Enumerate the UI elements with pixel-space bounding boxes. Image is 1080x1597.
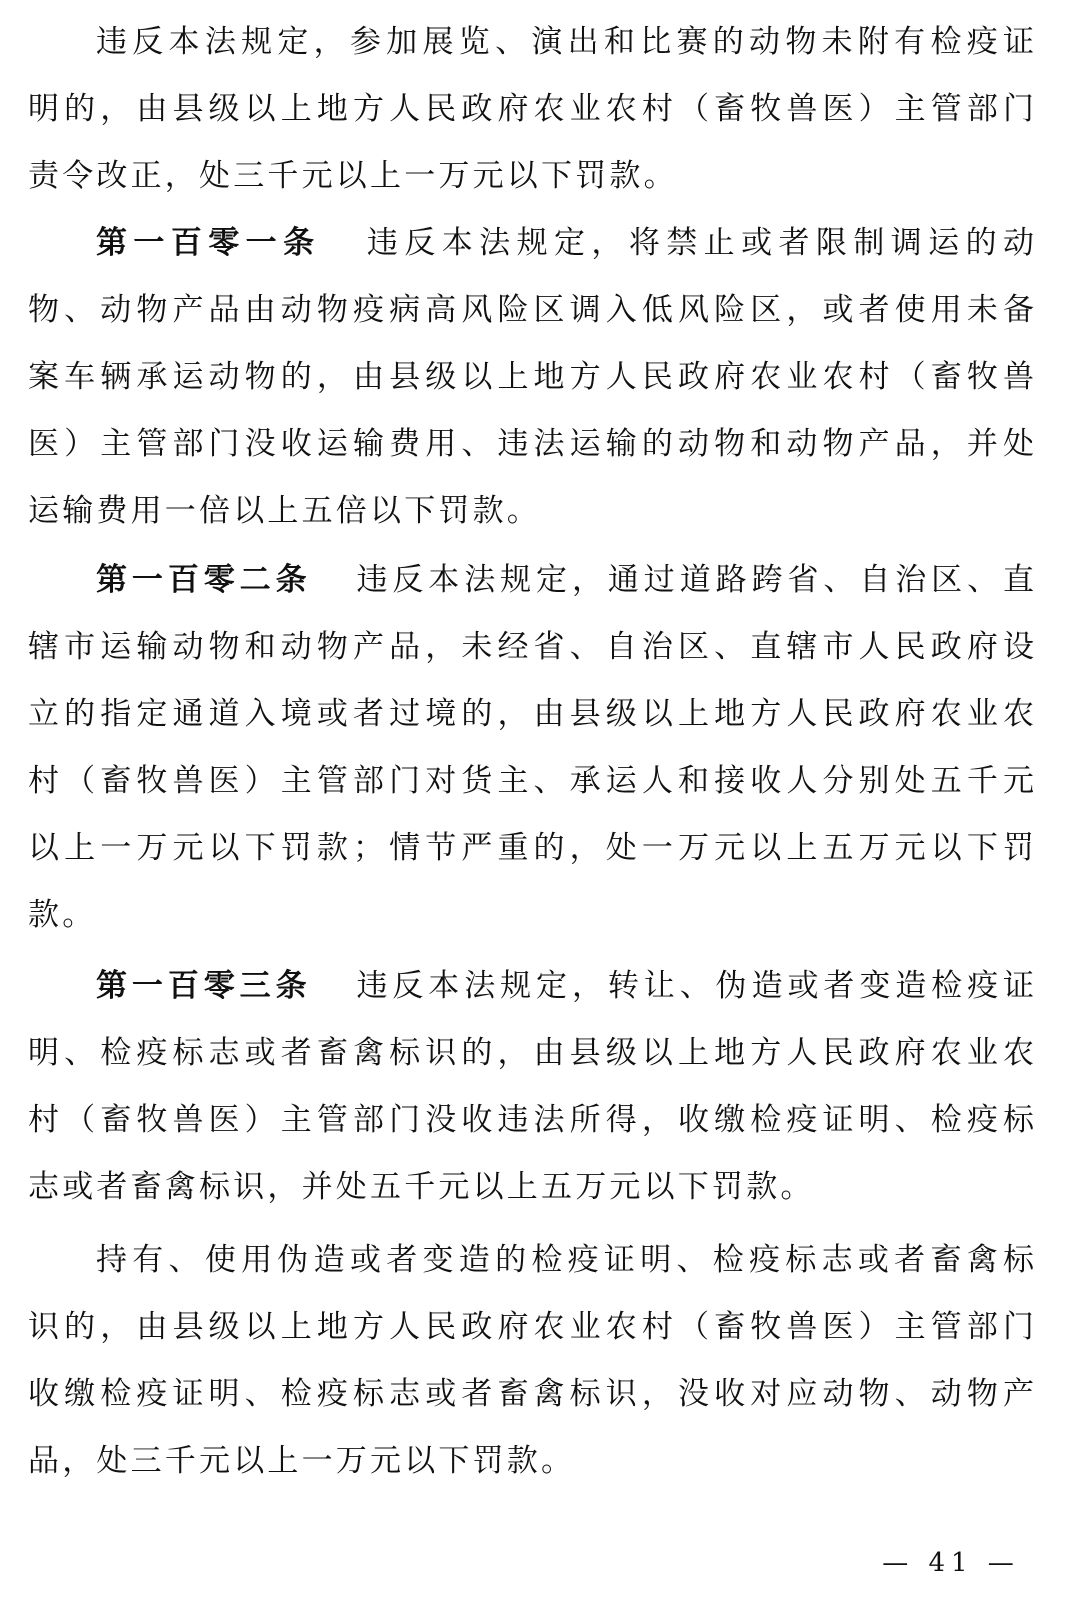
paragraph-line: 识的，由县级以上地方人民政府农业农村（畜牧兽医）主管部门 bbox=[28, 1307, 1034, 1347]
article-text: 违反本法规定，转让、伪造或者变造检疫证 bbox=[352, 968, 1034, 1004]
paragraph-line: 持有、使用伪造或者变造的检疫证明、检疫标志或者畜禽标 bbox=[96, 1240, 1034, 1280]
paragraph-line: 村（畜牧兽医）主管部门没收违法所得，收缴检疫证明、检疫标 bbox=[28, 1100, 1034, 1140]
paragraph-line: 收缴检疫证明、检疫标志或者畜禽标识，没收对应动物、动物产 bbox=[28, 1374, 1034, 1414]
article-heading: 第一百零二条 bbox=[96, 562, 312, 598]
paragraph-line: 辖市运输动物和动物产品，未经省、自治区、直辖市人民政府设 bbox=[28, 627, 1034, 667]
paragraph-line: 违反本法规定，参加展览、演出和比赛的动物未附有检疫证 bbox=[96, 22, 1034, 62]
article-103-first-line: 第一百零三条违反本法规定，转让、伪造或者变造检疫证 bbox=[96, 966, 1034, 1006]
article-heading: 第一百零三条 bbox=[96, 968, 312, 1004]
paragraph-line: 品，处三千元以上一万元以下罚款。 bbox=[28, 1441, 1034, 1481]
paragraph-line: 运输费用一倍以上五倍以下罚款。 bbox=[28, 491, 1034, 531]
paragraph-line: 村（畜牧兽医）主管部门对货主、承运人和接收人分别处五千元 bbox=[28, 761, 1034, 801]
paragraph-line: 以上一万元以下罚款；情节严重的，处一万元以上五万元以下罚 bbox=[28, 828, 1034, 868]
paragraph-line: 款。 bbox=[28, 895, 1034, 935]
document-page: 违反本法规定，参加展览、演出和比赛的动物未附有检疫证 明的，由县级以上地方人民政… bbox=[0, 0, 1080, 1597]
page-number: — 41 — bbox=[876, 1546, 1026, 1580]
paragraph-line: 物、动物产品由动物疫病高风险区调入低风险区，或者使用未备 bbox=[28, 290, 1034, 330]
paragraph-line: 志或者畜禽标识，并处五千元以上五万元以下罚款。 bbox=[28, 1167, 1034, 1207]
paragraph-line: 明、检疫标志或者畜禽标识的，由县级以上地方人民政府农业农 bbox=[28, 1033, 1034, 1073]
article-102-first-line: 第一百零二条违反本法规定，通过道路跨省、自治区、直 bbox=[96, 560, 1034, 600]
article-heading: 第一百零一条 bbox=[96, 225, 321, 261]
paragraph-line: 立的指定通道入境或者过境的，由县级以上地方人民政府农业农 bbox=[28, 694, 1034, 734]
paragraph-line: 明的，由县级以上地方人民政府农业农村（畜牧兽医）主管部门 bbox=[28, 89, 1034, 129]
article-101-first-line: 第一百零一条违反本法规定，将禁止或者限制调运的动 bbox=[96, 223, 1034, 263]
paragraph-line: 医）主管部门没收运输费用、违法运输的动物和动物产品，并处 bbox=[28, 424, 1034, 464]
article-text: 违反本法规定，将禁止或者限制调运的动 bbox=[361, 225, 1035, 261]
paragraph-line: 案车辆承运动物的，由县级以上地方人民政府农业农村（畜牧兽 bbox=[28, 357, 1034, 397]
article-text: 违反本法规定，通过道路跨省、自治区、直 bbox=[352, 562, 1034, 598]
paragraph-line: 责令改正，处三千元以上一万元以下罚款。 bbox=[28, 156, 1034, 196]
